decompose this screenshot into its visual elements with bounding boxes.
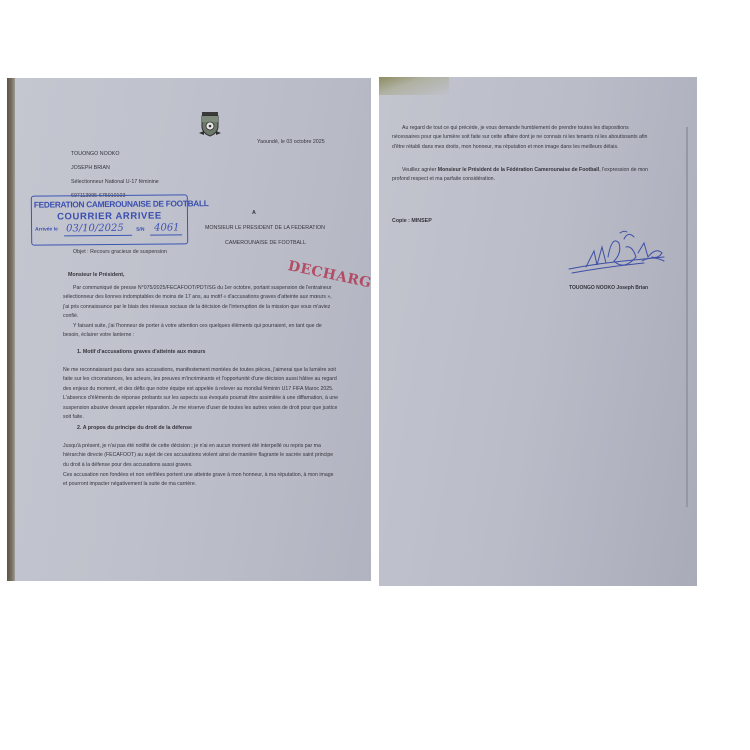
- letter-date: Yaoundé, le 03 octobre 2025: [257, 138, 325, 146]
- sender-title: Sélectionneur National U-17 féminine: [71, 178, 159, 186]
- section-heading-1: 1. Motif d'accusations graves d'atteinte…: [77, 348, 206, 356]
- page-edge-shadow: [7, 78, 15, 581]
- stamp-number-line: [150, 234, 182, 235]
- closing-before: Veuillez agréer: [402, 167, 438, 173]
- salutation: Monsieur le Président,: [68, 271, 125, 279]
- paragraph-followup: Y faisant suite, j'ai l'honneur de porte…: [63, 322, 338, 341]
- page-fold-line: [686, 127, 688, 507]
- closing-formula: Veuillez agréer Monsieur le Président de…: [392, 166, 652, 185]
- stamp-number-label: S/N: [136, 227, 144, 233]
- sender-first-name: JOSEPH BRIAN: [71, 164, 110, 172]
- recipient-line-2: CAMEROUNAISE DE FOOTBALL: [225, 239, 306, 247]
- signer-name: TOUONGO NOOKO Joseph Brian: [569, 284, 648, 292]
- closing-request-paragraph: Au regard de tout ce qui précède, je vou…: [392, 124, 652, 152]
- stamp-arrival-date: 03/10/2025: [66, 223, 124, 235]
- section-heading-2: 2. A propos du principe du droit de la d…: [77, 424, 192, 432]
- stamp-title: COURRIER ARRIVEE: [34, 210, 185, 222]
- page-corner-shadow: [379, 77, 449, 95]
- stamp-arrival-label: Arrivée le: [35, 226, 58, 232]
- sender-name: TOUONGO NOOKO: [71, 150, 119, 158]
- copy-recipient: Copie : MINSEP: [392, 217, 432, 225]
- letter-page-1: Yaoundé, le 03 octobre 2025 TOUONGO NOOK…: [7, 78, 371, 581]
- letter-page-2: Au regard de tout ce qui précède, je vou…: [379, 77, 697, 586]
- handwritten-signature-icon: [564, 227, 674, 282]
- letter-subject: Objet : Recours gracieux de suspension: [73, 248, 167, 256]
- stamp-organization: FEDERATION CAMEROUNAISE DE FOOTBALL: [34, 198, 185, 209]
- closing-addressee: Monsieur le Président de la Fédération C…: [438, 167, 599, 173]
- recipient-line-1: MONSIEUR LE PRESIDENT DE LA FEDERATION: [205, 224, 325, 232]
- reception-stamp: FEDERATION CAMEROUNAISE DE FOOTBALL COUR…: [31, 194, 188, 245]
- section-2-paragraph-1: Jusqu'à présent, je n'ai pas été notifié…: [63, 442, 338, 470]
- section-2-paragraph-2: Ces accusation non fondées et non vérifi…: [63, 471, 338, 490]
- stamp-number: 4061: [154, 222, 180, 233]
- stamp-date-line: [64, 235, 132, 237]
- paragraph-intro: Par communiqué de presse N°075/2025/FECA…: [63, 284, 338, 322]
- section-1-paragraph: Ne me reconnaissant pas dans ses accusat…: [63, 366, 338, 422]
- cameroon-football-federation-crest-icon: [199, 111, 221, 138]
- recipient-prefix: A: [252, 209, 256, 217]
